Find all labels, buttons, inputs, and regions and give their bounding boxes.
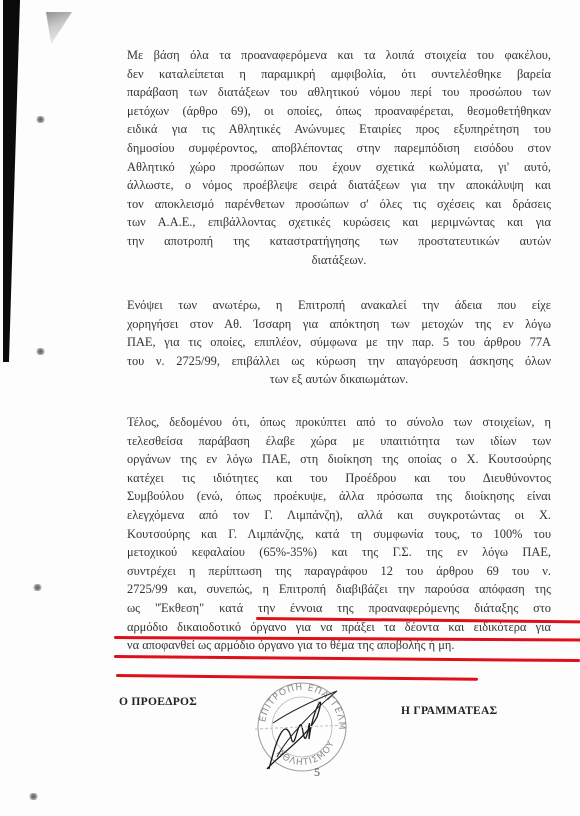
text-line: άλλωστε, ο νόμος προέβλεψε σειρά διατάξε… bbox=[127, 176, 551, 195]
text-line: ως "Έκθεση" κατά την έννοια της προαναφε… bbox=[127, 599, 551, 618]
text-line: των εξ αυτών δικαιωμάτων. bbox=[127, 370, 551, 389]
text-line: Ενόψει των ανωτέρω, η Επιτροπή ανακαλεί … bbox=[127, 296, 551, 315]
text-line: δημοσίου συμφέροντος, αποβλέποντας στην … bbox=[127, 139, 551, 158]
red-highlight-underline bbox=[114, 655, 580, 662]
text-line: ελεγχόμενα από τον Γ. Λιμπάνζη), αλλά κα… bbox=[127, 506, 551, 525]
page-number: 5 bbox=[314, 765, 320, 780]
text-line: Τέλος, δεδομένου ότι, όπως προκύπτει από… bbox=[127, 413, 551, 432]
stamp-top-text: ΕΠΙΤΡΟΠΗ ΕΠΑΓΓΕΛΜΑΤΙΚΟΥ bbox=[247, 677, 346, 731]
text-line: του ν. 2725/99, επιβάλλει ως κύρωση την … bbox=[127, 352, 551, 371]
text-line: δεν καταλείπεται η παραμικρή αμφιβολία, … bbox=[127, 65, 551, 84]
scan-edge-shadow bbox=[3, 0, 20, 362]
text-line: των Α.Α.Ε., επιβάλλοντας σχετικές κυρώσε… bbox=[127, 213, 551, 232]
text-line: οργάνων της εν λόγω ΠΑΕ, στη διοίκηση τη… bbox=[127, 450, 551, 469]
punch-hole-mark bbox=[36, 348, 45, 355]
punch-hole-mark bbox=[33, 584, 42, 591]
text-line: ΠΑΕ, για τις οποίες, επιπλέον, σύμφωνα μ… bbox=[127, 333, 551, 352]
text-line: μετόχων (άρθρο 69), οι οποίες, όπως προα… bbox=[127, 102, 551, 121]
text-line: χορηγήσει στον Αθ. Ίσσαρη για απόκτηση τ… bbox=[127, 315, 551, 334]
signature-label-secretary: Η ΓΡΑΜΜΑΤΕΑΣ bbox=[401, 705, 497, 717]
text-line: συντρέχει η περίπτωση της παραγράφου 12 … bbox=[127, 562, 551, 581]
svg-text:ΕΠΙΤΡΟΠΗ ΕΠΑΓΓΕΛΜΑΤΙΚΟΥ: ΕΠΙΤΡΟΠΗ ΕΠΑΓΓΕΛΜΑΤΙΚΟΥ bbox=[247, 677, 346, 731]
text-line: Αθλητικό χώρο προσώπων που έχουν σχετικά… bbox=[127, 158, 551, 177]
text-line: ειδικά για τις Αθλητικές Ανώνυμες Εταιρί… bbox=[127, 120, 551, 139]
paragraph-license-revocation: Ενόψει των ανωτέρω, η Επιτροπή ανακαλεί … bbox=[127, 296, 551, 389]
text-line: παράβαση των διατάξεων του αθλητικού νόμ… bbox=[127, 83, 551, 102]
official-seal-icon: ΕΠΙΤΡΟΠΗ ΕΠΑΓΓΕΛΜΑΤΙΚΟΥ ΑΘΛΗΤΙΣΜΟΥ bbox=[247, 677, 357, 777]
signature-label-president: Ο ΠΡΟΕΔΡΟΣ bbox=[119, 696, 197, 708]
punch-hole-mark bbox=[29, 793, 38, 800]
text-line: Συμβούλου (ενώ, όπως προέκυψε, άλλα πρόσ… bbox=[127, 487, 551, 506]
text-line: κατέχει τις ιδιότητες και του Προέδρου κ… bbox=[127, 469, 551, 488]
paragraph-conclusion: Με βάση όλα τα προαναφερόμενα και τα λοι… bbox=[127, 46, 551, 269]
scan-corner-smudge bbox=[46, 12, 72, 44]
text-line: τελεσθείσα παράβαση έλαβε χώρα με υπαιτι… bbox=[127, 432, 551, 451]
text-line: Με βάση όλα τα προαναφερόμενα και τα λοι… bbox=[127, 46, 551, 65]
text-line: μετοχικού κεφαλαίου (65%-35%) και της Γ.… bbox=[127, 543, 551, 562]
text-line: διατάξεων. bbox=[127, 251, 551, 270]
text-line: την αποτροπή της καταστρατήγησης των προ… bbox=[127, 232, 551, 251]
text-line: Κουτσούρης και Γ. Λιμπάνζης, κατά τη συμ… bbox=[127, 525, 551, 544]
punch-hole-mark bbox=[36, 116, 45, 123]
text-line: τον αποκλεισμό παρένθετων προσώπων σ' όλ… bbox=[127, 195, 551, 214]
text-line: 2725/99 και, συνεπώς, η Επιτροπή διαβιβά… bbox=[127, 580, 551, 599]
